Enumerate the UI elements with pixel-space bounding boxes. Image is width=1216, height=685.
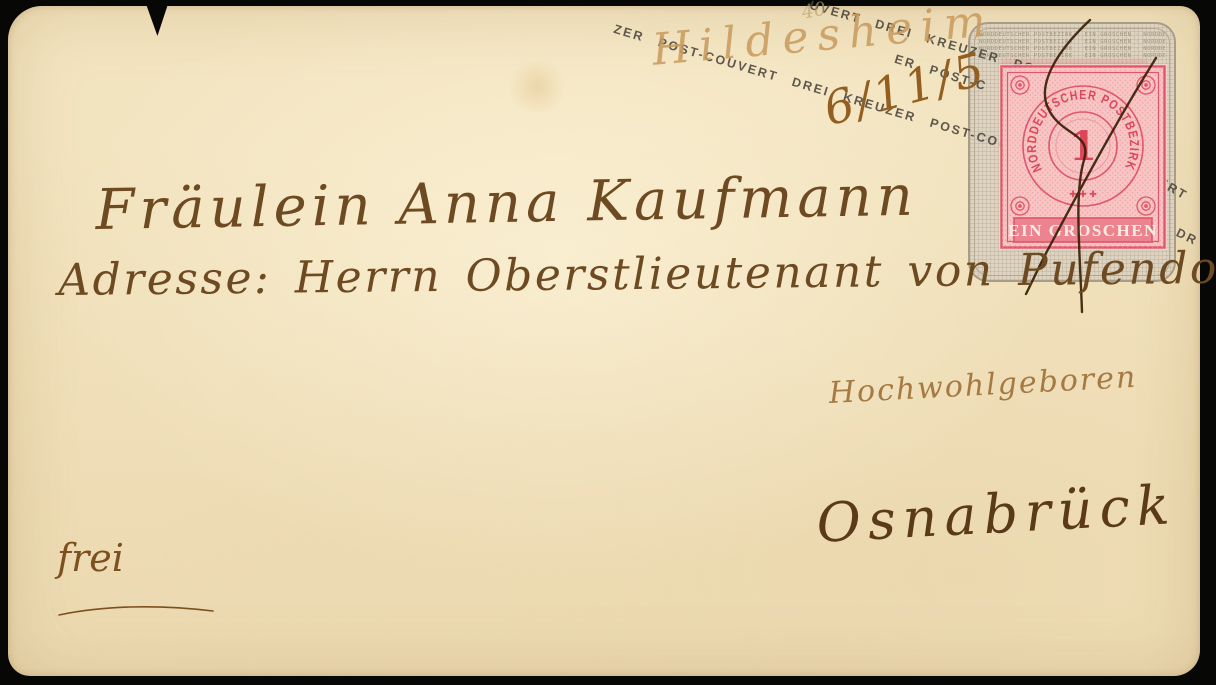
envelope: UVERT DREI KREUZER POST-C ER POST-C ZER … [8,6,1200,676]
address-destination: Osnabrück [815,473,1178,555]
stamp-value-banner: EIN GROSCHEN [1008,221,1158,240]
address-honorific: Hochwohlgeboren [828,360,1138,411]
stamp-denomination: 1 [1069,123,1097,170]
micro-text-row: NORDDEUTSCHER POSTBEZIRK · EIN GROSCHEN … [979,32,1165,39]
micro-text-row: NORDDEUTSCHER POSTBEZIRK · EIN GROSCHEN … [979,46,1165,53]
address-co-line: Adresse: Herrn Oberstlieutenant von Pufe… [58,242,1216,306]
franking-note: frei [57,536,124,580]
postage-stamp: NORDDEUTSCHER POSTBEZIRK 1 ✚ ✚ ✚ EIN GRO… [999,64,1167,250]
torn-notch [146,4,168,36]
photo-background: UVERT DREI KREUZER POST-C ER POST-C ZER … [0,0,1216,685]
micro-text-row: NORDDEUTSCHER POSTBEZIRK · EIN GROSCHEN … [979,39,1165,46]
paper-stain [505,61,569,113]
franking-underline [55,602,219,618]
address-recipient: Fräulein Anna Kaufmann [95,164,918,243]
stamp-cross-ornaments: ✚ ✚ ✚ [1069,189,1097,199]
